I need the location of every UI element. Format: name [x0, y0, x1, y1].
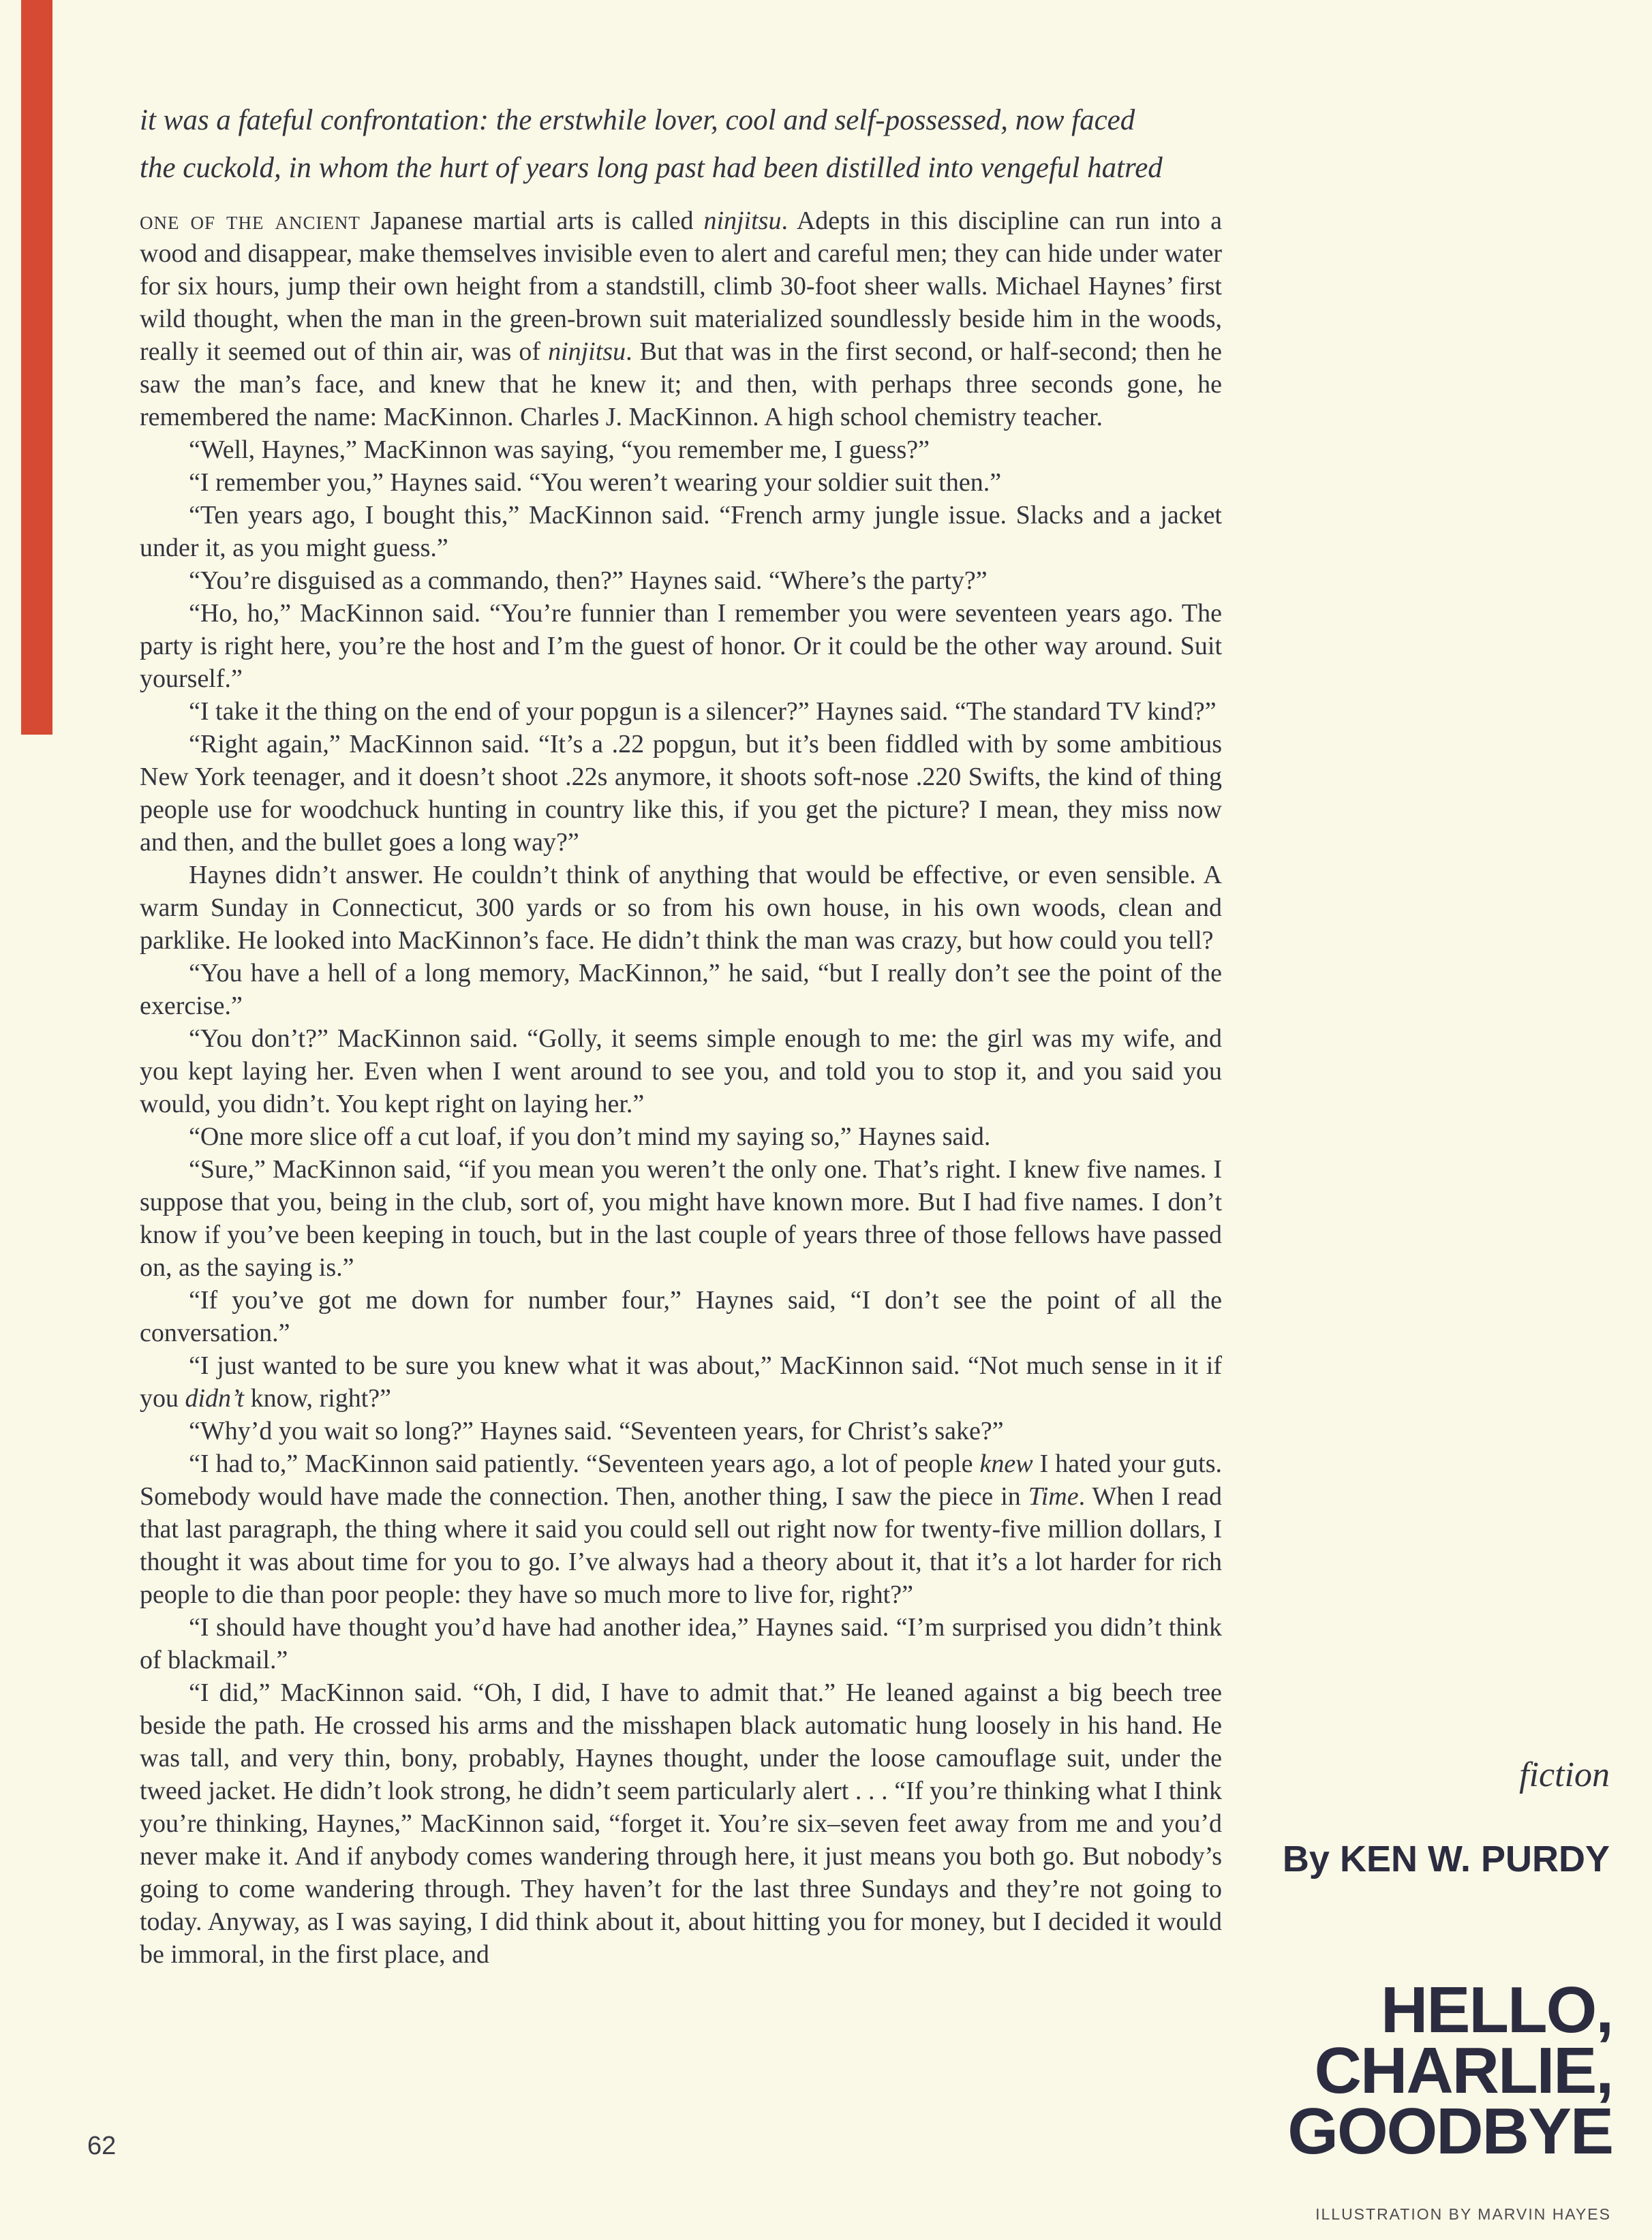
illustration-credit: ILLUSTRATION BY MARVIN HAYES [1315, 2205, 1611, 2224]
paragraph: “If you’ve got me down for number four,”… [140, 1284, 1222, 1349]
paragraph: “I should have thought you’d have had an… [140, 1611, 1222, 1676]
paragraph: “Well, Haynes,” MacKinnon was saying, “y… [140, 433, 1222, 466]
paragraph: “You have a hell of a long memory, MacKi… [140, 957, 1222, 1022]
paragraph: “Sure,” MacKinnon said, “if you mean you… [140, 1153, 1222, 1284]
title-line: CHARLIE, [1287, 2040, 1612, 2101]
paragraph: “You don’t?” MacKinnon said. “Golly, it … [140, 1022, 1222, 1120]
paragraph: “Ho, ho,” MacKinnon said. “You’re funnie… [140, 597, 1222, 695]
page-number: 62 [87, 2132, 116, 2161]
paragraph: “One more slice off a cut loaf, if you d… [140, 1120, 1222, 1153]
story-text: one of the ancient Japanese martial arts… [140, 204, 1222, 1971]
deck-line: it was a fateful confrontation: the erst… [140, 97, 1230, 144]
story-title: HELLO, CHARLIE, GOODBYE [1287, 1980, 1612, 2162]
kicker-fiction: fiction [1519, 1755, 1610, 1795]
paragraph: “Right again,” MacKinnon said. “It’s a .… [140, 728, 1222, 859]
title-line: HELLO, [1287, 1980, 1612, 2040]
paragraph: “Why’d you wait so long?” Haynes said. “… [140, 1415, 1222, 1447]
deck-line: the cuckold, in whom the hurt of years l… [140, 144, 1230, 192]
paragraph: Haynes didn’t answer. He couldn’t think … [140, 859, 1222, 957]
paragraph: “You’re disguised as a commando, then?” … [140, 564, 1222, 597]
deck-blurb: it was a fateful confrontation: the erst… [140, 97, 1230, 192]
paragraph: “I just wanted to be sure you knew what … [140, 1349, 1222, 1415]
paragraph: “I had to,” MacKinnon said patiently. “S… [140, 1447, 1222, 1611]
title-line: GOODBYE [1287, 2101, 1612, 2162]
paragraph: “I remember you,” Haynes said. “You were… [140, 466, 1222, 499]
right-column: fiction By KEN W. PURDY HELLO, CHARLIE, … [1254, 0, 1614, 2240]
paragraph: “I did,” MacKinnon said. “Oh, I did, I h… [140, 1676, 1222, 1971]
red-margin-bar [21, 0, 52, 735]
paragraph: one of the ancient Japanese martial arts… [140, 204, 1222, 433]
byline: By KEN W. PURDY [1283, 1838, 1610, 1880]
paragraph: “I take it the thing on the end of your … [140, 695, 1222, 728]
paragraph: “Ten years ago, I bought this,” MacKinno… [140, 499, 1222, 564]
